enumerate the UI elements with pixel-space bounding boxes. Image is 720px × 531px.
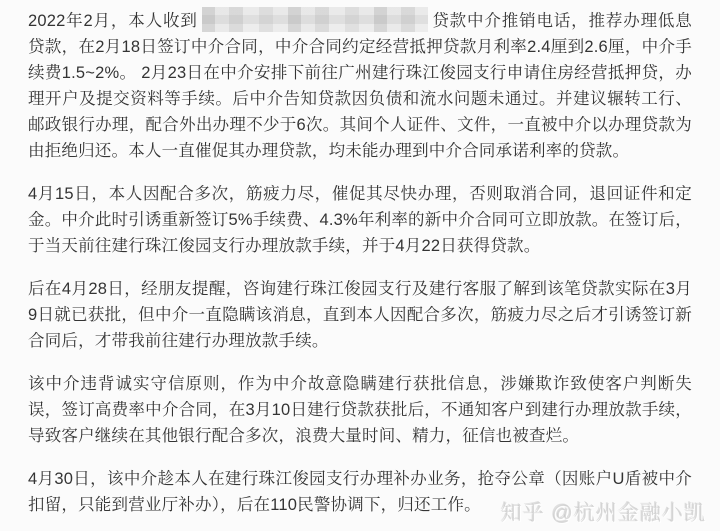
paragraph: 4月15日，本人因配合多次，筋疲力尽，催促其尽快办理，否则取消合同，退回证件和定… bbox=[28, 181, 692, 259]
paragraph: 后在4月28日，经朋友提醒，咨询建行珠江俊园支行及建行客服了解到该笔贷款实际在3… bbox=[28, 276, 692, 354]
paragraph-text: 贷款中介推销电话，推荐办理低息贷款，在2月18日签订中介合同，中介合同约定经营抵… bbox=[28, 12, 692, 160]
paragraph-text: 2022年2月，本人收到 bbox=[28, 12, 198, 30]
article-body: 2022年2月，本人收到贷款中介推销电话，推荐办理低息贷款，在2月18日签订中介… bbox=[0, 0, 720, 518]
paragraph: 该中介违背诚实守信原则，作为中介故意隐瞒建行获批信息，涉嫌欺诈致使客户判断失误，… bbox=[28, 371, 692, 449]
zhihu-watermark: 知乎 @杭州金融小凯 bbox=[501, 497, 706, 527]
paragraph: 2022年2月，本人收到贷款中介推销电话，推荐办理低息贷款，在2月18日签订中介… bbox=[28, 7, 692, 164]
screenshot-page: 2022年2月，本人收到贷款中介推销电话，推荐办理低息贷款，在2月18日签订中介… bbox=[0, 0, 720, 531]
redaction-blur bbox=[202, 7, 428, 32]
